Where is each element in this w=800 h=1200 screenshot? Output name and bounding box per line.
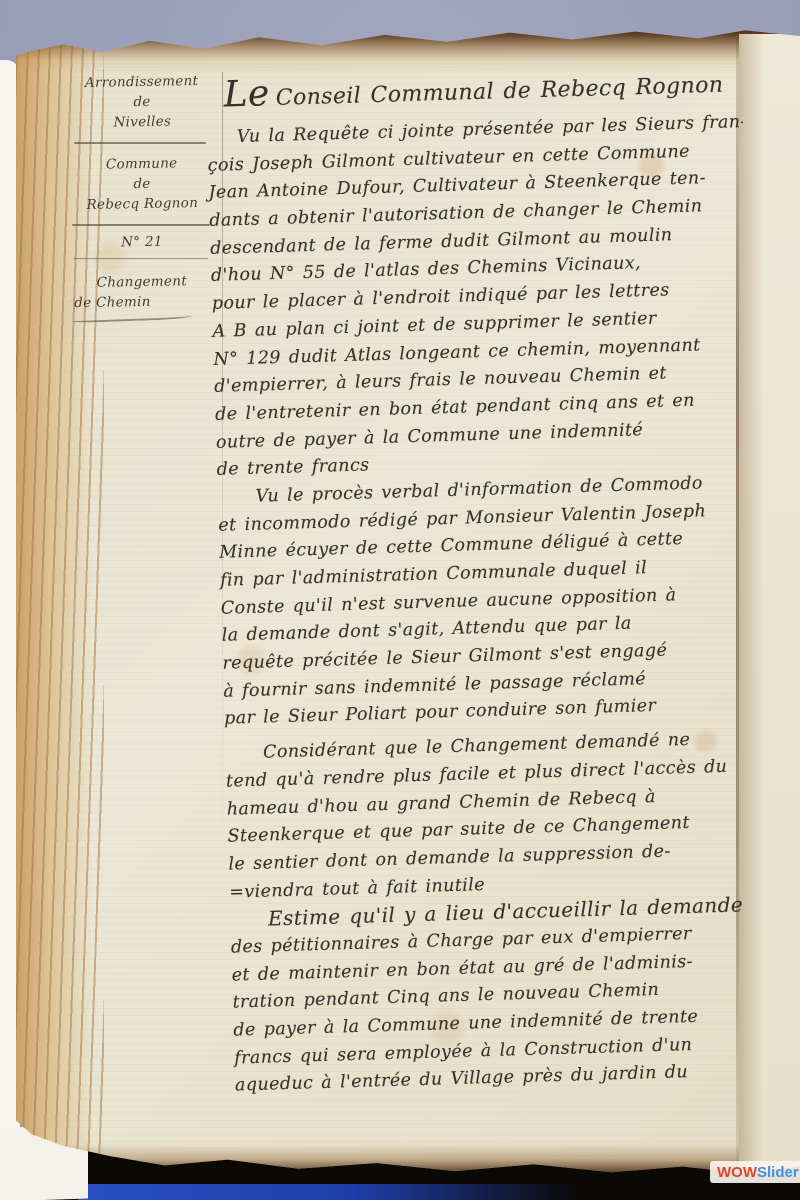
margin-line: de xyxy=(72,173,212,195)
wowslider-watermark[interactable]: WOWSlider xyxy=(710,1161,800,1183)
paragraph-requete: Vu la Requête ci jointe présentée par le… xyxy=(207,109,743,485)
margin-line: Changement xyxy=(68,271,216,294)
paragraph-proces-verbal: Vu le procès verbal d'information de Com… xyxy=(217,469,743,734)
margin-rule xyxy=(74,142,206,144)
heading-initial: Le xyxy=(223,74,270,115)
paragraph-considerant: Considérant que le Changement demandé ne… xyxy=(225,725,743,907)
margin-note-commune: Commune de Rebecq Rognon xyxy=(71,153,212,215)
blue-cover-strip xyxy=(78,1184,578,1200)
manuscript-text-area: LeConseil Communal de Rebecq Rognon Vu l… xyxy=(205,74,743,1126)
margin-note-arrondissement: Arrondissement de Nivelles xyxy=(71,71,212,133)
margin-rule xyxy=(72,224,210,226)
photograph-of-register-page: Arrondissement de Nivelles Commune de Re… xyxy=(0,0,800,1200)
manuscript-text: LeConseil Communal de Rebecq Rognon Vu l… xyxy=(205,74,743,1101)
margin-rule xyxy=(74,258,208,259)
margin-line: Rebecq Rognon xyxy=(72,193,212,215)
margin-note-objet: Changement de Chemin xyxy=(68,271,217,314)
margin-line: de xyxy=(72,91,212,113)
margin-line: N° 21 xyxy=(72,231,212,253)
heading-rest: Conseil Communal de Rebecq Rognon xyxy=(275,74,723,111)
margin-line: de Chemin xyxy=(68,291,216,314)
watermark-slider-text: Slider xyxy=(757,1164,799,1181)
facing-page-edge xyxy=(739,34,800,1174)
margin-line: Arrondissement xyxy=(71,71,211,93)
watermark-wow-text: WOW xyxy=(717,1164,757,1181)
burnt-top-edge xyxy=(16,28,800,74)
margin-note-numero: N° 21 xyxy=(72,231,212,253)
manuscript-page: Arrondissement de Nivelles Commune de Re… xyxy=(16,28,800,1178)
margin-line: Nivelles xyxy=(72,111,212,133)
paragraph-estime: Estime qu'il y a lieu d'accueillir la de… xyxy=(230,891,743,1101)
margin-line: Commune xyxy=(71,153,211,175)
